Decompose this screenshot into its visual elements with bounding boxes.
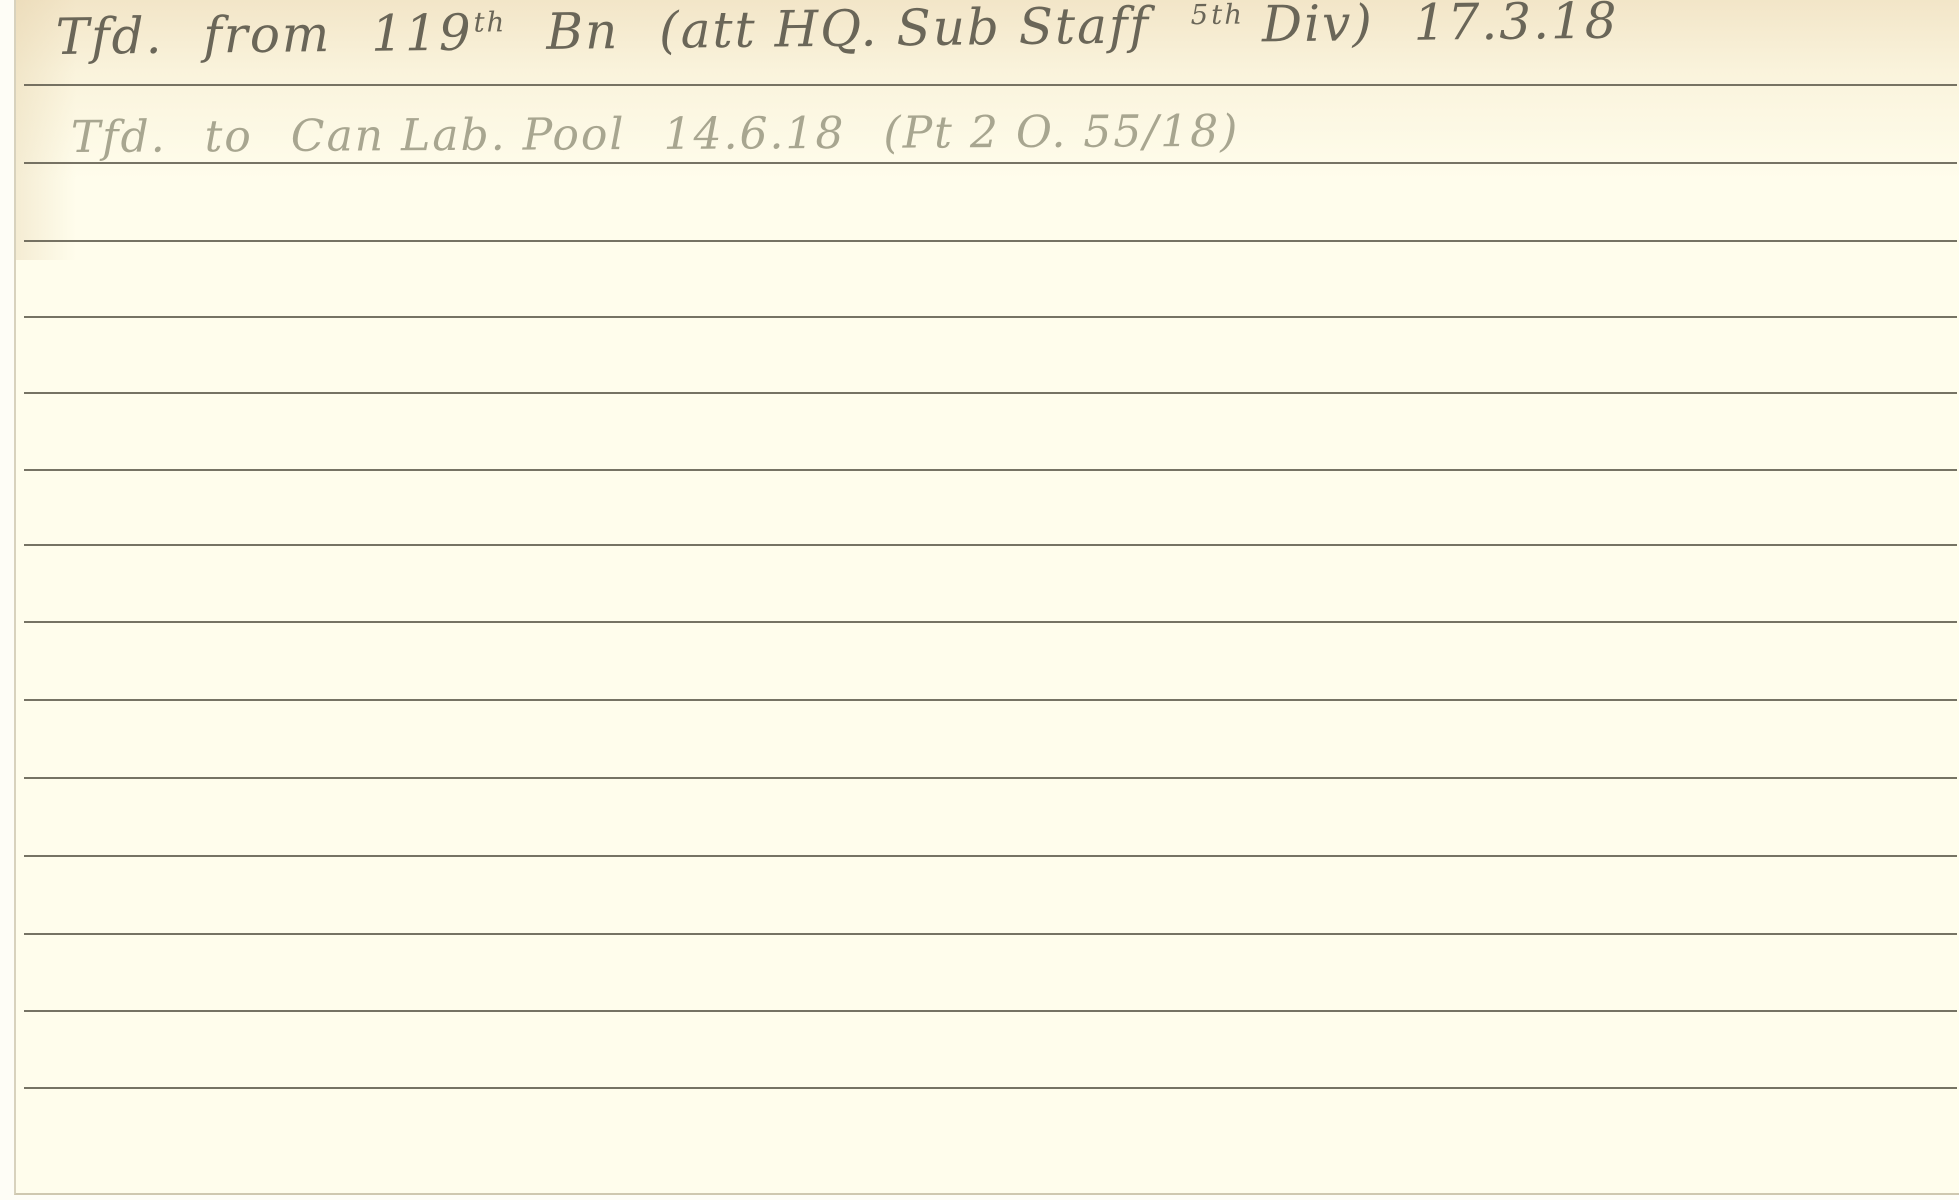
- ruled-line-1: [24, 84, 1957, 86]
- entry-date: 14.6.18: [663, 108, 845, 160]
- division-close: Div): [1262, 0, 1374, 53]
- division-number: 5: [1191, 0, 1211, 31]
- ruled-line-6: [24, 469, 1957, 471]
- division-ordinal: th: [1211, 0, 1244, 31]
- entry-attachment: (att HQ. Sub Staff: [659, 0, 1150, 60]
- unit-ordinal: th: [473, 7, 506, 39]
- entry-action: Tfd.: [55, 7, 163, 66]
- entry-date: 17.3.18: [1413, 0, 1618, 52]
- entry-unit: 119th: [371, 3, 507, 62]
- ruled-line-13: [24, 1010, 1957, 1012]
- ruled-line-5: [24, 392, 1957, 394]
- ruled-line-4: [24, 316, 1957, 318]
- ruled-line-3: [24, 240, 1957, 242]
- ruled-line-7: [24, 544, 1957, 546]
- entry-preposition: from: [203, 5, 332, 64]
- ruled-line-9: [24, 699, 1957, 701]
- record-entry-transfer-to: Tfd. to Can Lab. Pool 14.6.18 (Pt 2 O. 5…: [71, 106, 1262, 163]
- index-card: Tfd. from 119th Bn (att HQ. Sub Staff 5t…: [14, 0, 1959, 1195]
- ruled-line-8: [24, 621, 1957, 623]
- entry-unit-type: Bn: [546, 2, 620, 61]
- record-entry-transfer-from: Tfd. from 119th Bn (att HQ. Sub Staff 5t…: [55, 0, 1640, 66]
- entry-destination: Can Lab. Pool: [291, 109, 626, 162]
- ruled-line-14: [24, 1087, 1957, 1089]
- ruled-line-12: [24, 933, 1957, 935]
- entry-preposition: to: [205, 111, 253, 162]
- unit-number: 119: [371, 4, 473, 63]
- ruled-line-2: [24, 162, 1957, 164]
- entry-division: 5th Div): [1190, 0, 1375, 54]
- ruled-line-10: [24, 777, 1957, 779]
- ruled-line-11: [24, 855, 1957, 857]
- entry-reference: (Pt 2 O. 55/18): [883, 106, 1239, 159]
- entry-action: Tfd.: [71, 111, 167, 163]
